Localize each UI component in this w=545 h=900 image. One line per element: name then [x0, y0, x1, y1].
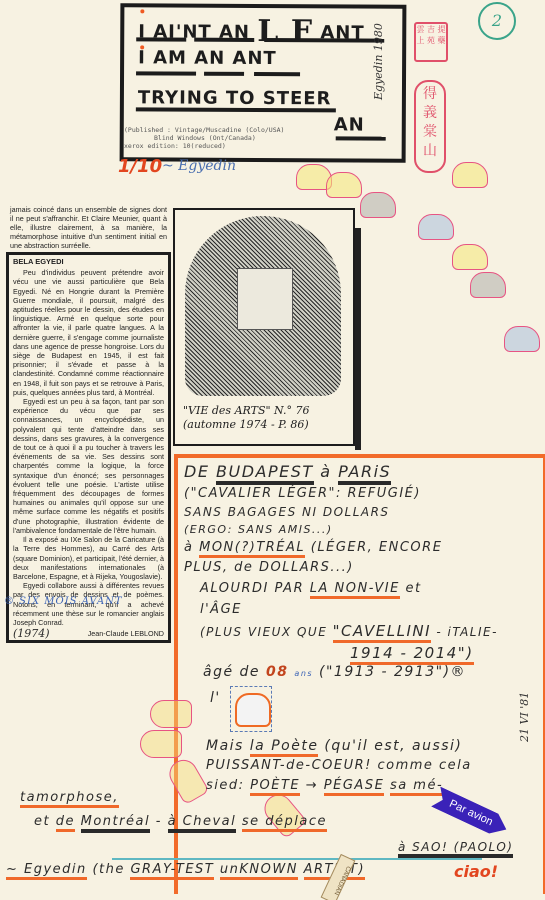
elephant-sticker — [452, 244, 488, 270]
letter-line: 1914 - 2014") — [350, 644, 474, 665]
word: PÉGASE — [324, 778, 385, 796]
word: PARiS — [338, 462, 391, 485]
elephant-sticker-small — [230, 686, 272, 732]
signature-vertical: Egyedin 1980 — [372, 23, 385, 100]
word: unKNOWN — [220, 862, 298, 880]
word: et — [405, 581, 421, 596]
letter-line: Mais la Poète (qu'il est, aussi) — [206, 738, 462, 754]
horse-sticker — [140, 730, 182, 758]
dash-underline — [194, 38, 254, 42]
article-paragraph: Peu d'individus peuvent prétendre avoir … — [13, 268, 164, 397]
engraving-panel — [237, 268, 293, 330]
orange-dot — [140, 45, 144, 49]
word: MON(?)TRÉAL — [199, 540, 305, 558]
caption-line-1: "VIE des ARTS" N.° 76 — [183, 404, 309, 418]
engraving-caption: "VIE des ARTS" N.° 76 (automne 1974 - P.… — [183, 404, 309, 432]
pub-line-1: (Published : Vintage/Muscadine (Colo/USA… — [124, 126, 284, 134]
word: à Cheval — [168, 814, 237, 833]
article-year-note: (1974) — [13, 629, 50, 638]
letter-line: à MON(?)TRÉAL (LÉGER, ENCORE — [184, 540, 442, 555]
title-line-4: AN — [334, 114, 365, 135]
dash-underline — [336, 136, 386, 140]
elephant-sticker — [418, 214, 454, 240]
letter-line: SANS BAGAGES NI DOLLARS — [184, 505, 390, 519]
title-line-3: TRYING TO STEER — [138, 87, 332, 109]
ciao-signoff: ciao! — [454, 862, 498, 881]
letter-line: et de Montréal - à Cheval se déplace — [34, 814, 327, 829]
word: (the — [92, 862, 124, 877]
publication-note: (Published : Vintage/Muscadine (Colo/USA… — [124, 126, 284, 150]
letter-line: tamorphose, — [20, 790, 119, 808]
title-line-1: I AI'NT AN L F ANT — [138, 13, 365, 49]
article-paragraph: Il a exposé au IXe Salon de la Caricatur… — [13, 535, 164, 581]
pub-line-3: xerox edition: 10(reduced) — [124, 142, 284, 150]
word: ALOURDI PAR — [200, 581, 304, 596]
margin-note: ® SIX MOIS AVANT — [4, 596, 123, 607]
word: → — [306, 778, 318, 793]
word: à — [320, 462, 331, 481]
word: GRAY-TEST — [130, 862, 214, 880]
title-line-2: I AM AN ANT — [138, 47, 277, 69]
black-marker-bar — [355, 228, 361, 450]
horse-sticker — [150, 700, 192, 728]
word: Mais — [206, 738, 244, 754]
caption-line-2: (automne 1974 - P. 86) — [183, 418, 309, 432]
word: POÈTE — [250, 778, 300, 796]
letter-line: l'ÂGE — [200, 602, 242, 617]
title-big-lf: L F — [257, 14, 313, 49]
dash-underline — [254, 72, 300, 76]
letter-line: (PLUS VIEUX QUE "CAVELLINI - iTALIE- — [200, 622, 498, 640]
teal-line — [112, 858, 482, 860]
word: âgé de — [203, 664, 260, 680]
word: ("1913 - 2913")® — [319, 664, 466, 680]
dash-underline — [136, 107, 336, 112]
letter-line: DE BUDAPEST à PARiS — [184, 462, 391, 481]
dash-underline — [136, 71, 196, 75]
letter-line: à SAO! (PAOLO) — [398, 840, 513, 858]
letter-line: âgé de 08 ans ("1913 - 2913")® — [203, 664, 466, 680]
letter-line: l' — [210, 690, 221, 706]
word: (LÉGER, ENCORE — [311, 540, 443, 555]
article-heading: BELA EGYEDI — [13, 257, 164, 266]
dash-underline — [136, 37, 186, 41]
elephant-sticker — [326, 172, 362, 198]
word: sied: — [206, 778, 245, 793]
article-author: Jean-Claude LEBLOND — [88, 629, 164, 638]
page-number: 2 — [478, 2, 516, 40]
word: (PLUS VIEUX QUE — [200, 625, 327, 639]
word: "CAVELLINI — [333, 622, 431, 643]
article-box: BELA EGYEDI Peu d'individus peuvent prét… — [6, 252, 171, 643]
word: - — [156, 814, 162, 829]
engraving-clipping: "VIE des ARTS" N.° 76 (automne 1974 - P.… — [173, 208, 355, 446]
seal-stamp-small: 雲 吉 提 上 苑 藥 — [414, 22, 448, 62]
seal-stamp-tall: 得 義 棠 山 — [414, 80, 446, 173]
letter-line: sied: POÈTE → PÉGASE sa mé- — [206, 778, 443, 793]
elephant-sticker — [504, 326, 540, 352]
word: 08 — [266, 664, 288, 680]
letter-line: PUISSANT-de-COEUR! comme cela — [206, 758, 472, 773]
letter-line: ~ Egyedin (the GRAY-TEST unKNOWN ARTIST) — [6, 862, 365, 877]
word: - iTALIE- — [436, 625, 498, 639]
word: Montréal — [81, 814, 150, 833]
engraving-image — [185, 216, 341, 396]
letter-line: PLUS, de DOLLARS...) — [184, 560, 354, 575]
word: sa mé- — [390, 778, 443, 796]
orange-dot — [140, 9, 144, 13]
article-footer: (1974) Jean-Claude LEBLOND — [13, 629, 164, 638]
word: et — [34, 814, 50, 829]
word: LA NON-VIE — [310, 581, 400, 599]
word: la Poète — [250, 738, 319, 757]
elephant-sticker — [452, 162, 488, 188]
edition-number: 1/10 — [118, 156, 162, 177]
letter-line: (ERGO: SANS AMIS...) — [184, 523, 333, 536]
elephant-sticker — [470, 272, 506, 298]
word: DE — [184, 462, 209, 481]
date-vertical: 21 VI '81 — [518, 692, 531, 742]
dash-underline — [264, 38, 384, 43]
word: se déplace — [242, 814, 327, 832]
word: à — [184, 540, 193, 555]
word: BUDAPEST — [216, 462, 314, 485]
word: ans — [294, 669, 313, 678]
elephant-body — [235, 693, 271, 727]
article-paragraph: Egyedi est un peu à sa façon, tant par s… — [13, 397, 164, 535]
letter-line: ALOURDI PAR LA NON-VIE et — [200, 581, 422, 596]
pub-line-2: Blind Windows (Ont/Canada) — [124, 134, 284, 142]
word: (qu'il est, aussi) — [324, 738, 462, 754]
edition-signature: ~ Egyedin — [162, 158, 236, 174]
article-clipping: jamais coincé dans un ensemble de signes… — [6, 205, 171, 643]
elephant-sticker — [360, 192, 396, 218]
article-intro: jamais coincé dans un ensemble de signes… — [6, 205, 171, 250]
letter-line: ("CAVALIER LÉGER": REFUGIÉ) — [184, 486, 421, 501]
word: de — [56, 814, 75, 832]
dash-underline — [204, 72, 244, 76]
word: ~ Egyedin — [6, 862, 87, 880]
